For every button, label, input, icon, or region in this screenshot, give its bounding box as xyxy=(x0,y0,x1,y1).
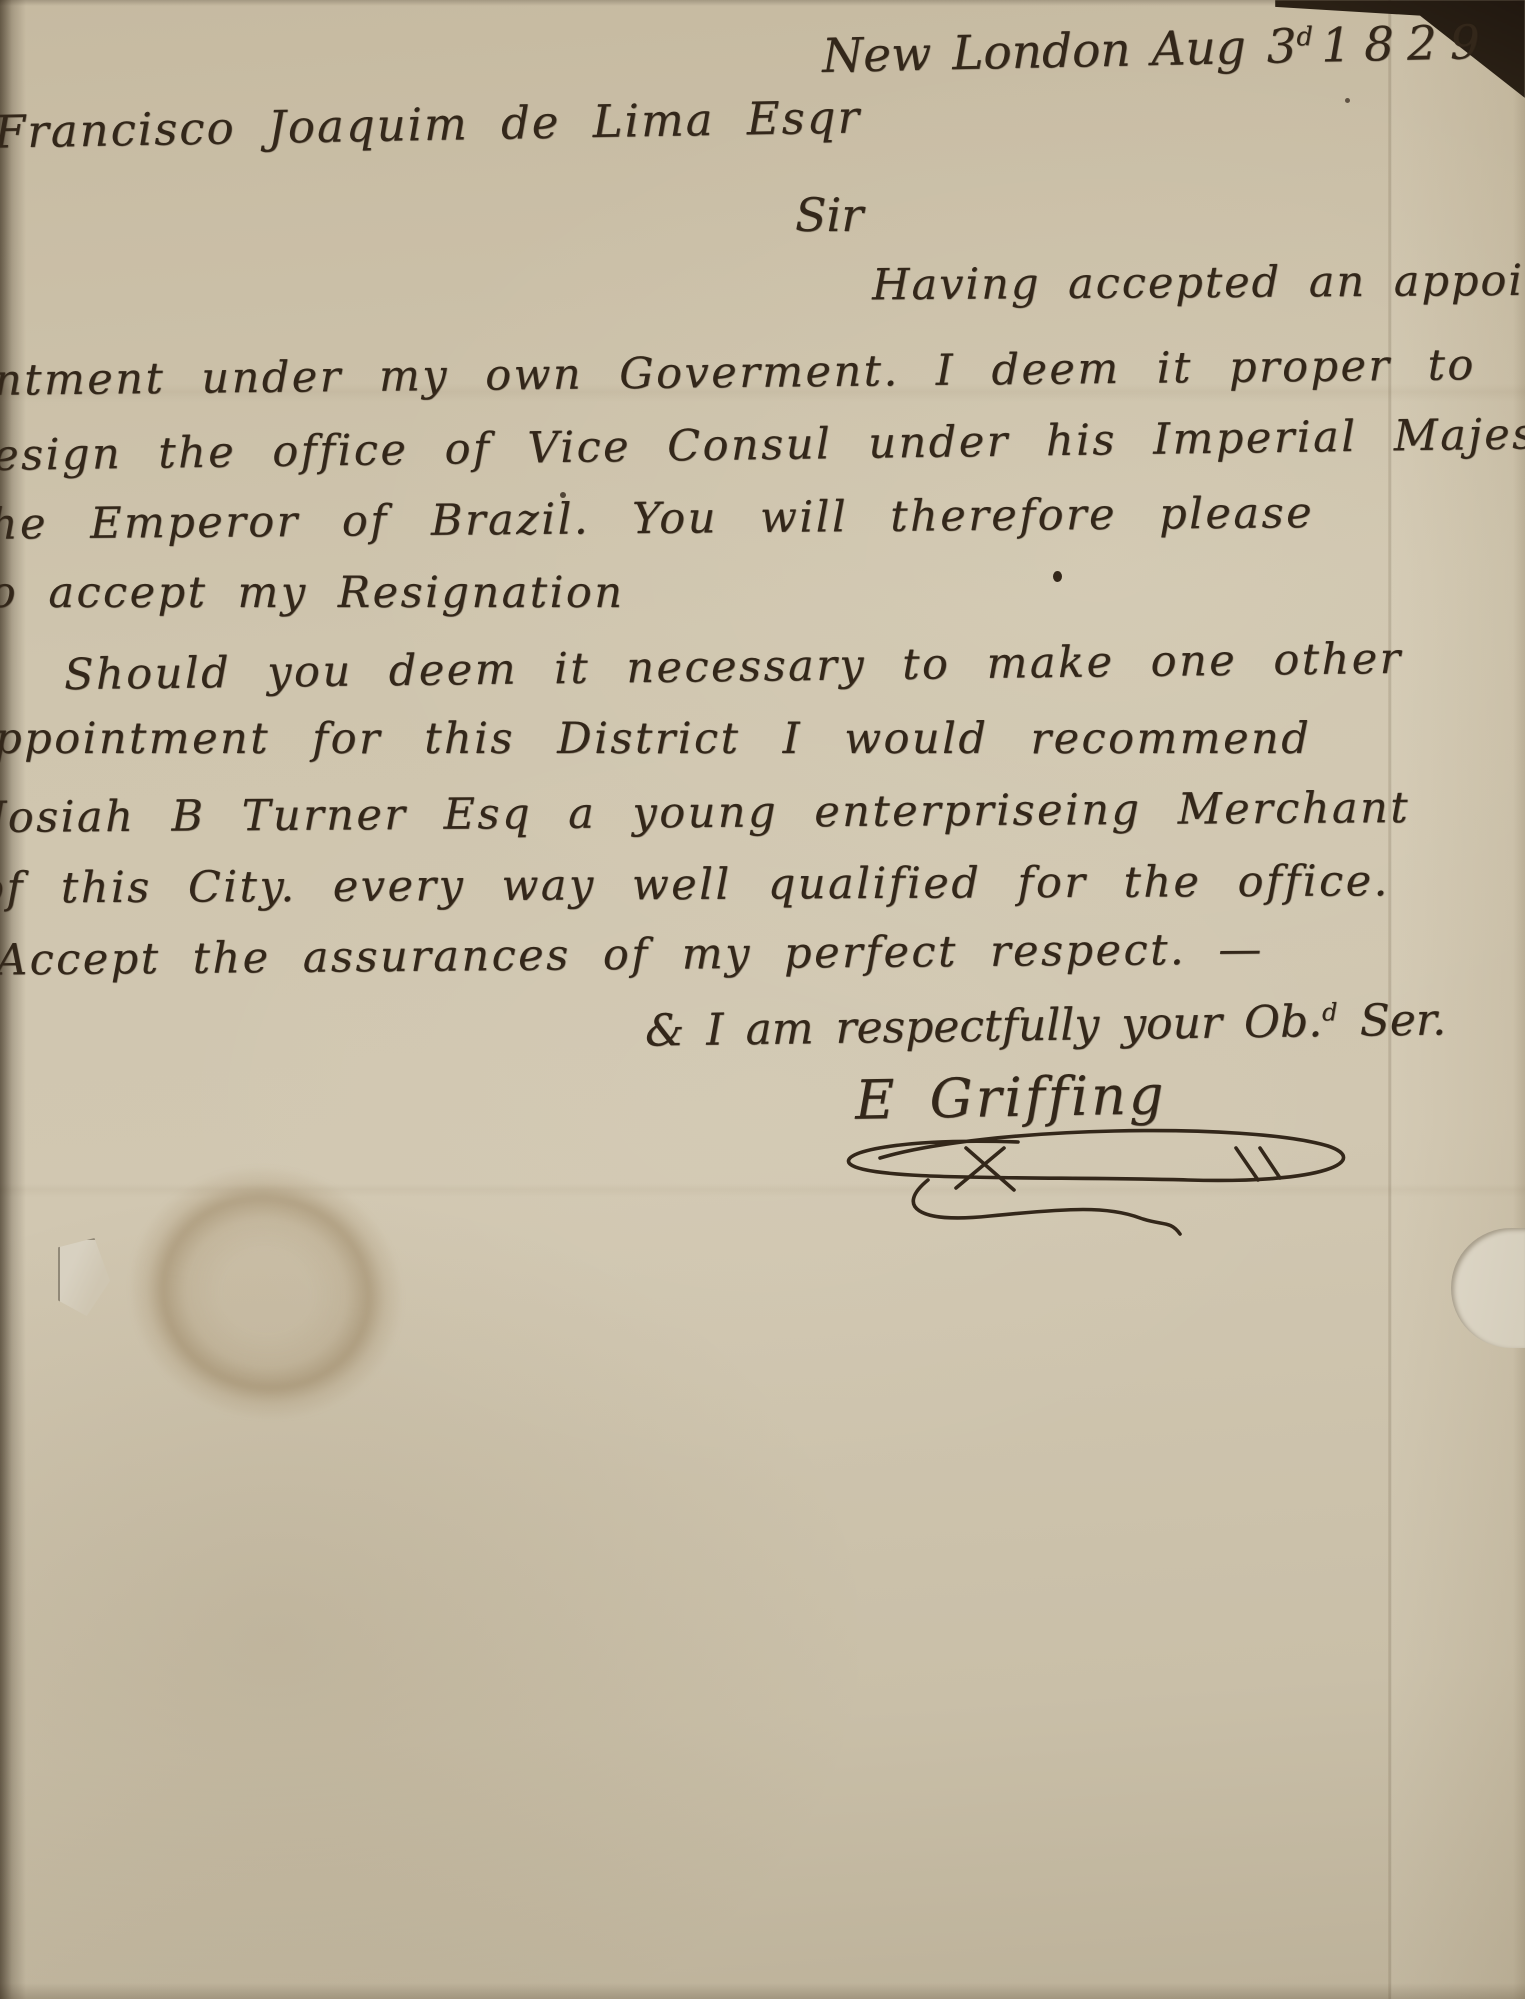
body-line: ntment under my own Goverment. I deem it… xyxy=(0,340,1476,406)
body-line: resign the office of Vice Consul under h… xyxy=(0,409,1525,482)
body-line: Josiah B Turner Esq a young enterprisein… xyxy=(0,783,1410,843)
ink-speck xyxy=(1345,98,1350,103)
body-line: Having accepted an appoi= xyxy=(872,256,1525,311)
body-line: Should you deem it necessary to make one… xyxy=(64,634,1403,700)
closing-text: & I am respectfully your Ob. xyxy=(645,996,1323,1056)
signature-flourish xyxy=(808,1106,1368,1256)
seal-stain xyxy=(82,1119,449,1467)
paper-tear xyxy=(58,1238,110,1316)
page-gutter-shadow xyxy=(0,0,26,1999)
body-line: of this City. every way well qualified f… xyxy=(0,856,1390,913)
body-line: the Emperor of Brazil. You will therefor… xyxy=(0,488,1314,550)
ink-blot xyxy=(1053,571,1062,582)
closing-superscript: d xyxy=(1322,998,1338,1026)
dateline-ordinal: d xyxy=(1296,22,1313,52)
dateline-year: 1829 xyxy=(1321,15,1494,74)
recipient-line: Francisco Joaquim de Lima Esqr xyxy=(0,90,861,158)
closing-line: & I am respectfully your Ob.d Ser. xyxy=(645,994,1447,1056)
closing-text-end: Ser. xyxy=(1337,994,1446,1047)
body-line: to accept my Resignation xyxy=(0,568,624,618)
body-line: Accept the assurances of my perfect resp… xyxy=(0,924,1264,985)
letter-page: New London Aug 3d1829 Francisco Joaquim … xyxy=(0,0,1525,1999)
salutation: Sir xyxy=(795,188,863,242)
dateline-text: New London Aug 3 xyxy=(821,19,1297,84)
body-line: appointment for this District I would re… xyxy=(0,714,1311,764)
